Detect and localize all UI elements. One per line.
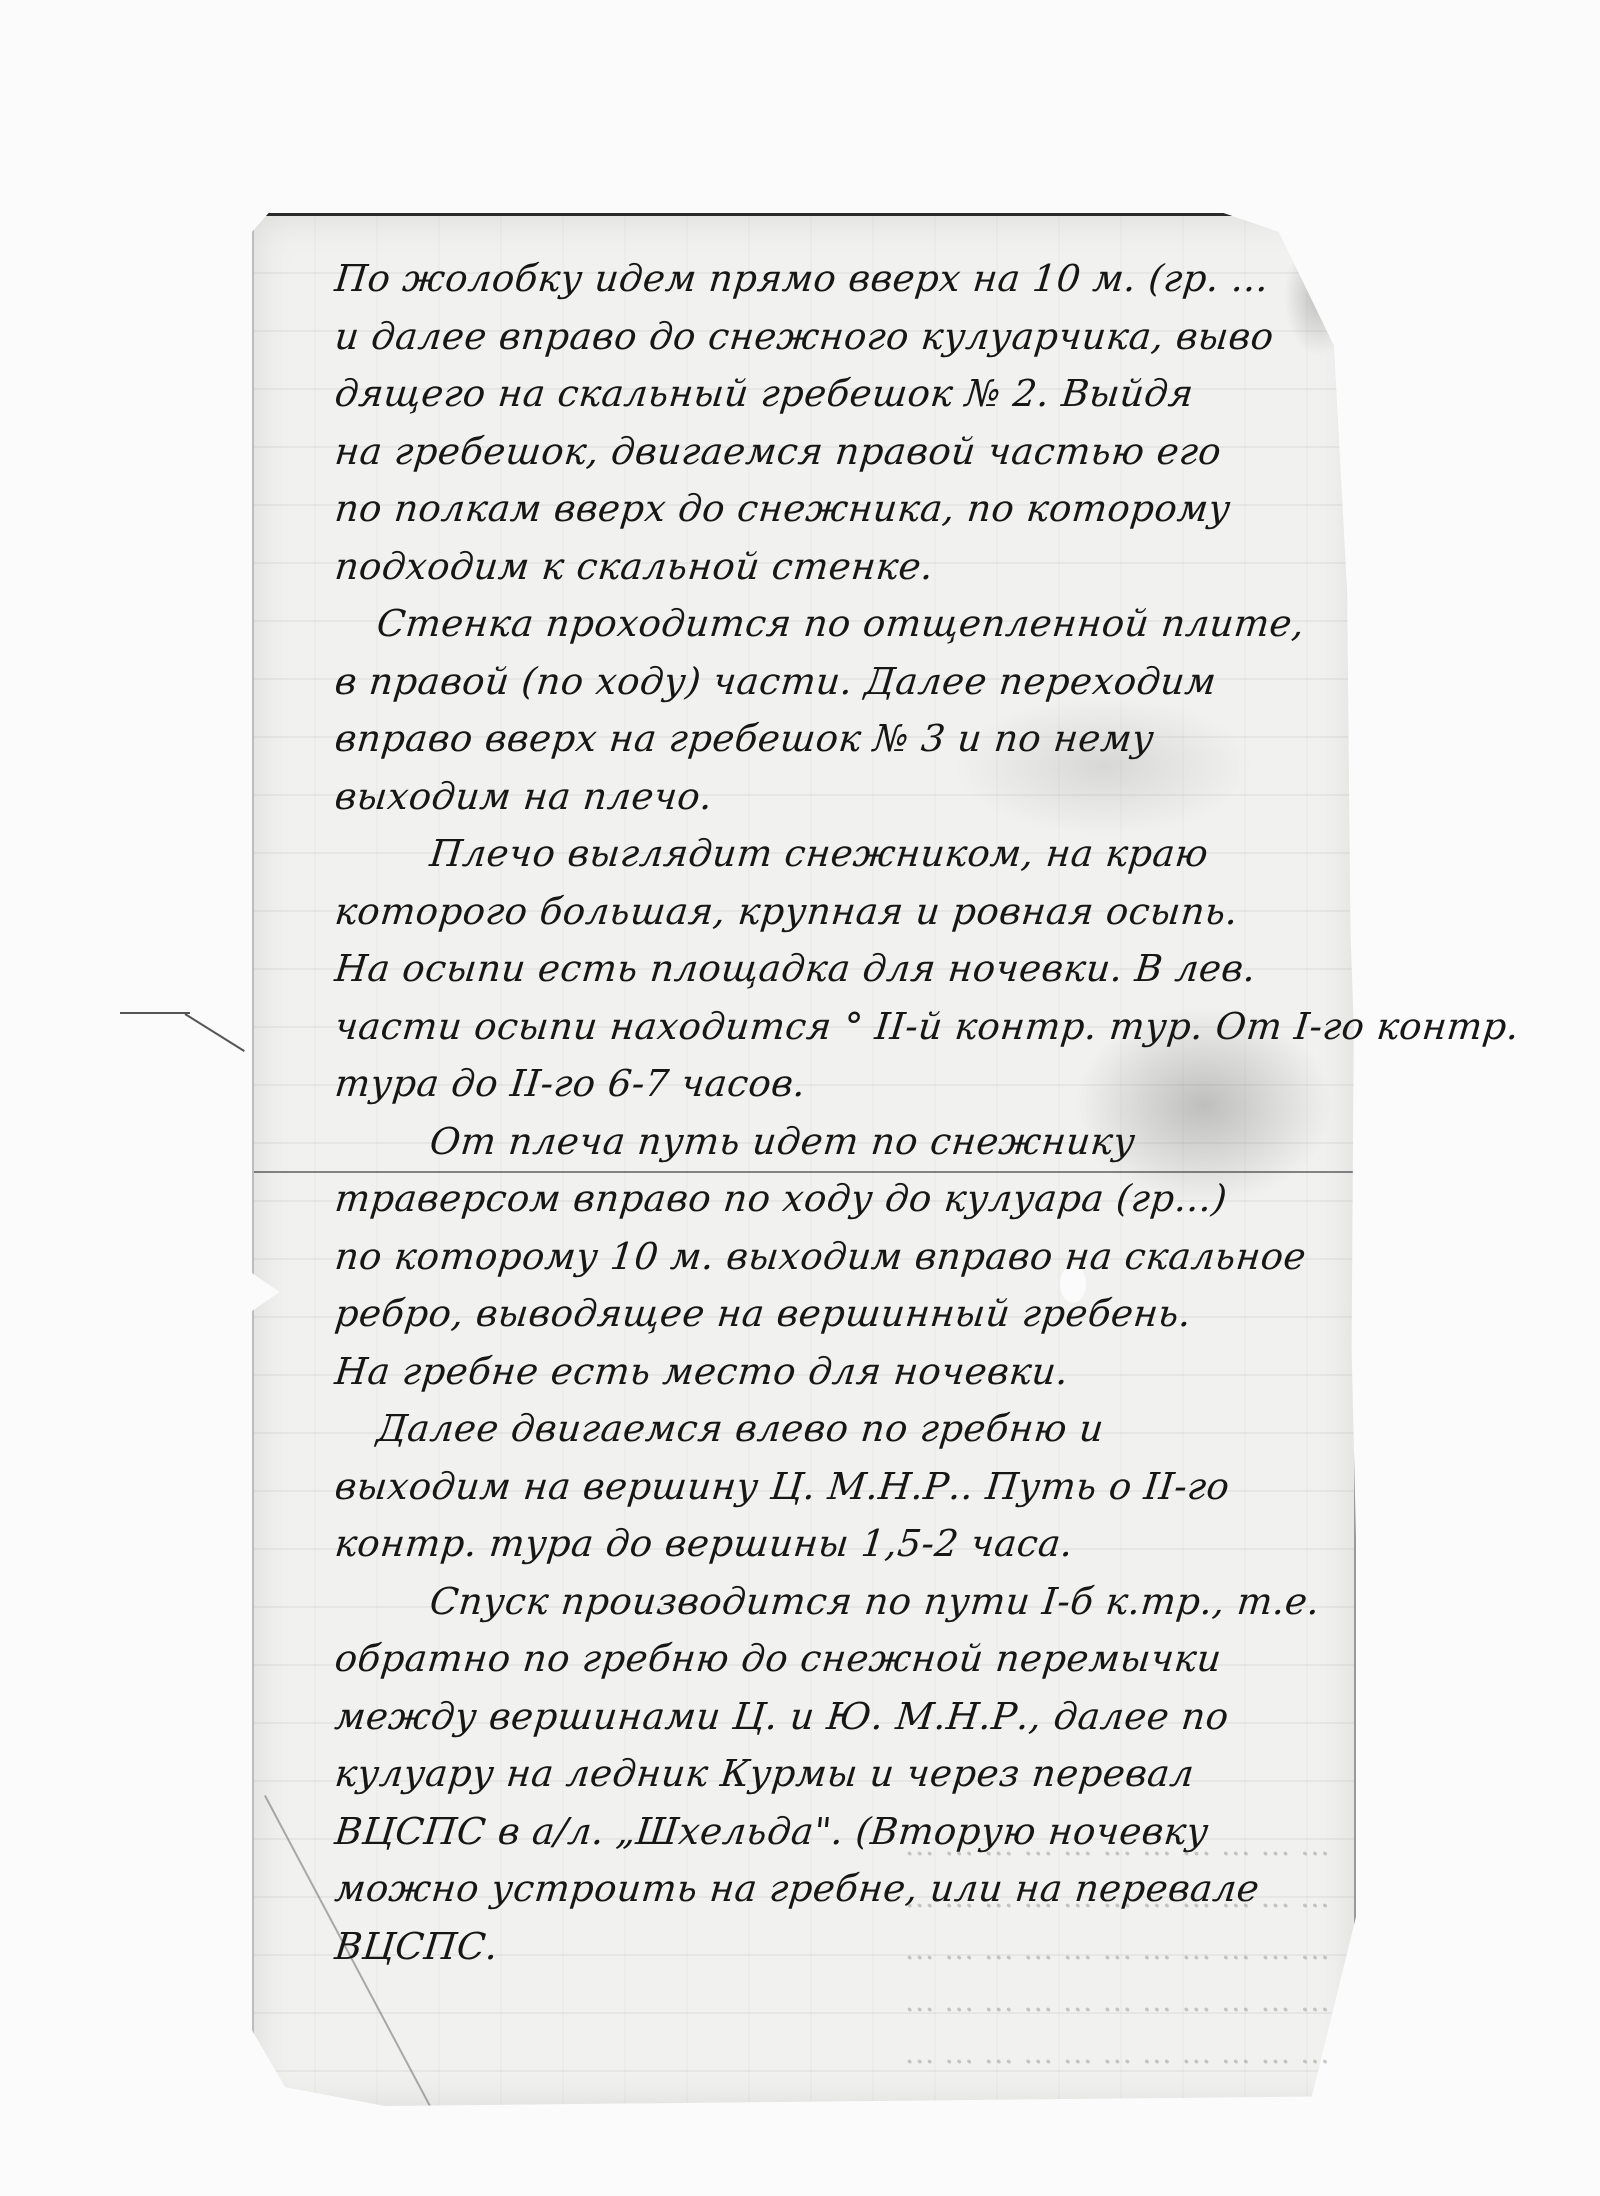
text-line: выходим на вершину Ц. М.Н.Р.. Путь о II-… [332,1458,1348,1516]
text-line: по которому 10 м. выходим вправо на скал… [332,1228,1348,1286]
text-line: На гребне есть место для ночевки. [332,1343,1348,1401]
text-line: тура до II-го 6-7 часов. [332,1055,1348,1113]
text-line: Стенка проходится по отщепленной плите, [332,595,1348,653]
text-line: Спуск производится по пути I-б к.тр., т.… [332,1573,1348,1631]
text-line: Далее двигаемся влево по гребню и [332,1400,1348,1458]
text-line: траверсом вправо по ходу до кулуара (гр…… [332,1170,1348,1228]
text-line: и далее вправо до снежного кулуарчика, в… [332,308,1348,366]
scan-artifact-line [120,1012,190,1014]
showthrough-line: … … … … … … … … … … … [300,1872,1330,1924]
text-line: обратно по гребню до снежной перемычки [332,1630,1348,1688]
text-line: контр. тура до вершины 1,5-2 часа. [332,1515,1348,1573]
text-line: подходим к скальной стенке. [332,538,1348,596]
top-right-corner-fold [1332,216,1471,438]
text-line: На осыпи есть площадка для ночевки. В ле… [332,940,1348,998]
text-line: которого большая, крупная и ровная осыпь… [332,883,1348,941]
handwritten-text: По жолобку идем прямо вверх на 10 м. (гр… [335,250,1345,1975]
text-line: По жолобку идем прямо вверх на 10 м. (гр… [332,250,1348,308]
scan-artifact-line [184,1013,244,1052]
showthrough-line: … … … … … … … … … … … [300,1820,1330,1872]
text-line: Плечо выглядит снежником, на краю [332,825,1348,883]
text-line: по полкам вверх до снежника, по которому [332,480,1348,538]
text-line: дящего на скальный гребешок № 2. Выйдя [332,365,1348,423]
text-line: на гребешок, двигаемся правой частью его [332,423,1348,481]
text-line: кулуару на ледник Курмы и через перевал [332,1745,1348,1803]
text-line: в правой (по ходу) части. Далее переходи… [332,653,1348,711]
showthrough-line: … … … … … … … … … … … [300,1924,1330,1976]
text-line: между вершинами Ц. и Ю. М.Н.Р., далее по [332,1688,1348,1746]
text-line: От плеча путь идет по снежнику [332,1113,1348,1171]
text-line: выходим на плечо. [332,768,1348,826]
showthrough-line: … … … … … … … … … … … [300,2028,1330,2080]
text-line: части осыпи находится ° II-й контр. тур.… [332,998,1348,1056]
text-line: ребро, выводящее на вершинный гребень. [332,1285,1348,1343]
showthrough-line: … … … … … … … … … … … [300,1976,1330,2028]
text-line: вправо вверх на гребешок № 3 и по нему [332,710,1348,768]
reverse-side-showthrough: … … … … … … … … … … … … … … … … … … … … … [300,1820,1330,2080]
